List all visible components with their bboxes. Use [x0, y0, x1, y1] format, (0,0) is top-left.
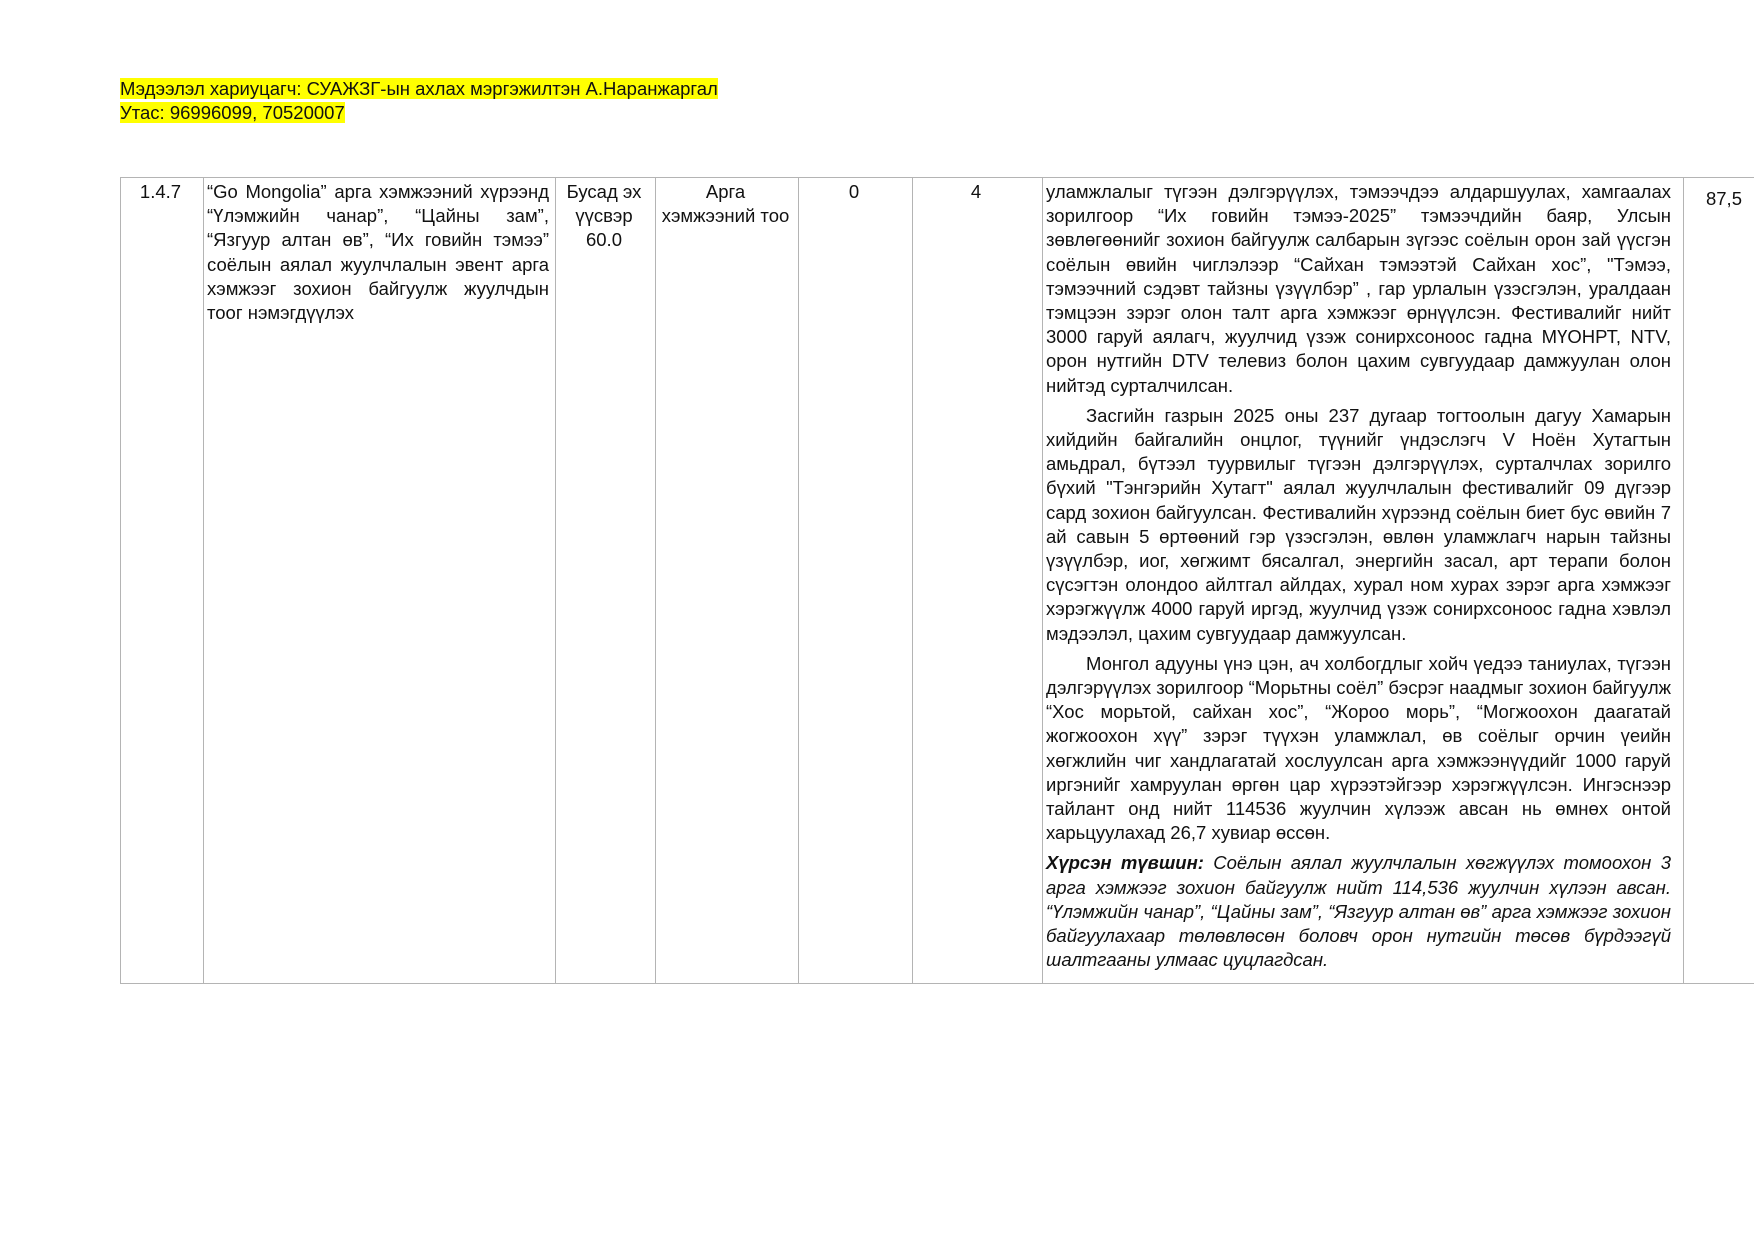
report-paragraph: Засгийн газрын 2025 оны 237 дугаар тогто… [1046, 404, 1671, 646]
indicator-cell: Арга хэмжээний тоо [656, 178, 799, 984]
contact-person-line: Мэдээлэл хариуцагч: СУАЖЗГ-ын ахлах мэрг… [120, 77, 718, 101]
baseline-cell: 0 [799, 178, 913, 984]
achieved-level-label: Хүрсэн түвшин: [1046, 852, 1204, 873]
table-row: 1.4.7 “Go Mongolia” арга хэмжээний хүрээ… [121, 178, 1754, 984]
target-cell: 4 [913, 178, 1043, 984]
document-header: Мэдээлэл хариуцагч: СУАЖЗГ-ын ахлах мэрг… [120, 77, 718, 125]
score-cell: 87,5 [1684, 178, 1754, 984]
report-table: 1.4.7 “Go Mongolia” арга хэмжээний хүрээ… [120, 177, 1754, 984]
score-value: 87,5 [1706, 188, 1742, 209]
funding-source-cell: Бусад эх үүсвэр 60.0 [556, 178, 656, 984]
report-cell: уламжлалыг түгээн дэлгэрүүлэх, тэмээчдээ… [1043, 178, 1684, 984]
activity-text: “Go Mongolia” арга хэмжээний хүрээнд “Үл… [207, 180, 549, 325]
report-paragraph: Монгол адууны үнэ цэн, ач холбогдлыг хой… [1046, 652, 1671, 846]
contact-phone-line: Утас: 96996099, 70520007 [120, 101, 718, 125]
activity-cell: “Go Mongolia” арга хэмжээний хүрээнд “Үл… [204, 178, 556, 984]
row-number: 1.4.7 [121, 178, 204, 984]
achieved-level-paragraph: Хүрсэн түвшин: Соёлын аялал жуулчлалын х… [1046, 851, 1671, 972]
contact-person: Мэдээлэл хариуцагч: СУАЖЗГ-ын ахлах мэрг… [120, 78, 718, 99]
contact-phone: Утас: 96996099, 70520007 [120, 102, 345, 123]
report-paragraph: уламжлалыг түгээн дэлгэрүүлэх, тэмээчдээ… [1046, 180, 1671, 398]
